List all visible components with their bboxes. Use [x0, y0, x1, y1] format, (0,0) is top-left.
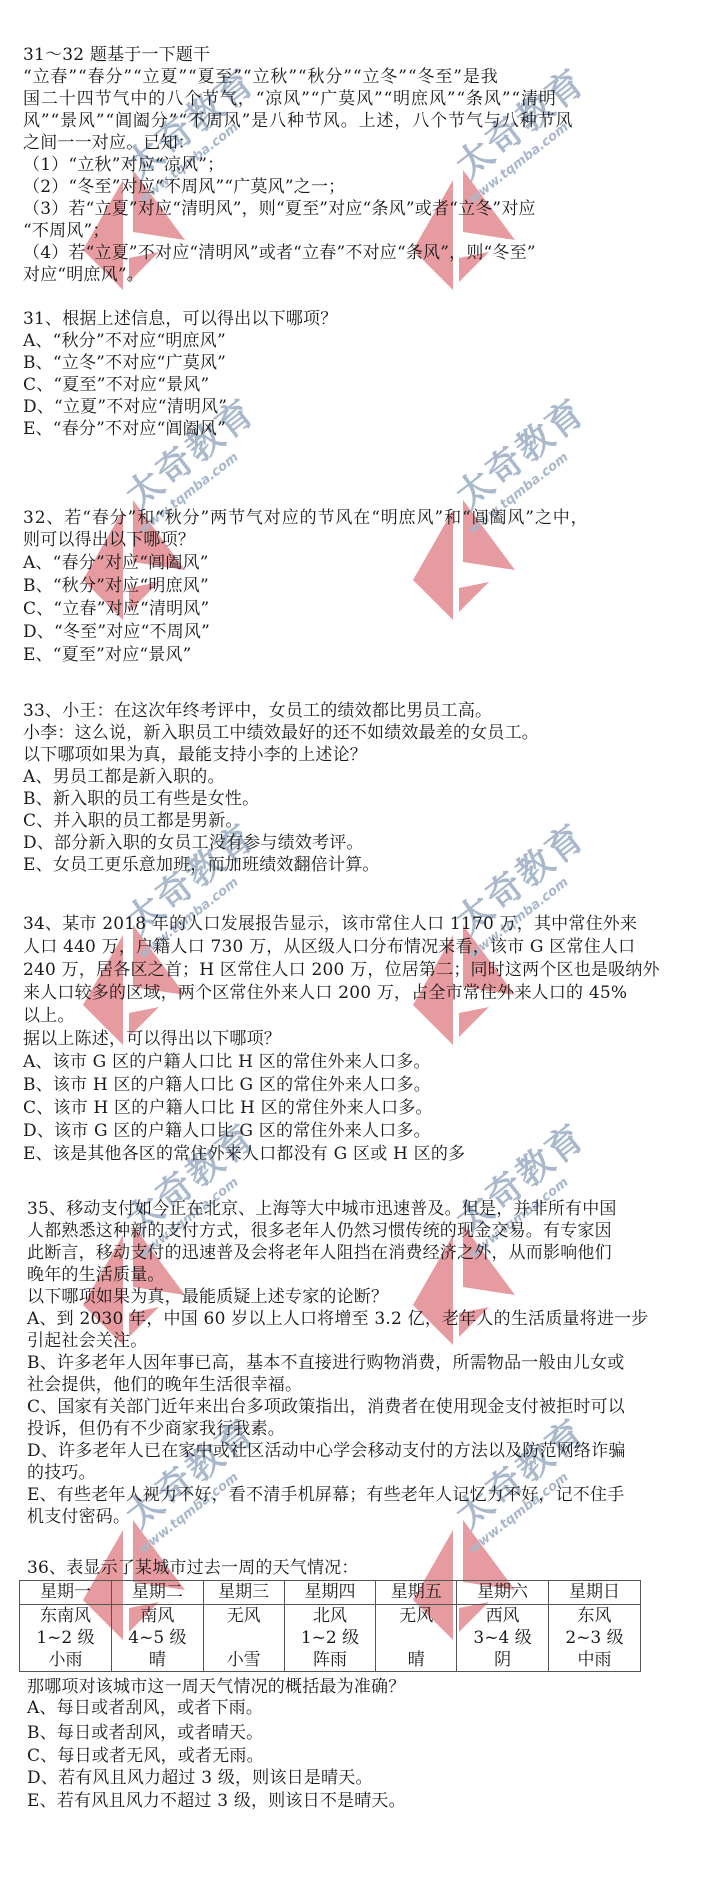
question-32-option-e: E、“夏至”对应“景风”	[23, 644, 192, 666]
question-34-option-c: C、该市 H 区的户籍人口比 H 区的常住外来人口多。	[23, 1097, 433, 1119]
question-36-option-d: D、若有风且风力超过 3 级，则该日是晴天。	[27, 1767, 373, 1789]
watermark-url: www.tqmba.com	[466, 1470, 572, 1557]
question-34-prompt: 据以上陈述，可以得出以下哪项？	[23, 1028, 281, 1050]
weather-cell: 东风2~3 级中雨	[549, 1605, 641, 1672]
question-32-stem: 32、若“春分”和“秋分”两节气对应的节风在“明庶风”和“阊阖风”之中，	[23, 507, 589, 529]
condition-3: （3）若“立夏”对应“清明风”，则“夏至”对应“条风”或者“立冬”对应	[23, 198, 536, 220]
condition-3-cont: “不周风”；	[23, 220, 110, 242]
intro-line: 之间一一对应。已知：	[23, 132, 195, 154]
question-33-option-b: B、新入职的员工有些是女性。	[23, 788, 259, 810]
question-36-option-a: A、每日或者刮风，或者下雨。	[27, 1697, 263, 1719]
weather-cell: 南风4~5 级晴	[111, 1605, 203, 1672]
question-34-stem-cont: 来人口较多的区域，两个区常住外来人口 200 万，占全市常住外来人口的 45%	[23, 982, 627, 1004]
question-33-option-d: D、部分新入职的女员工没有参与绩效考评。	[23, 832, 364, 854]
question-34-option-b: B、该市 H 区的户籍人口比 G 区的常住外来人口多。	[23, 1074, 431, 1096]
weather-table-row: 东南风1~2 级小雨 南风4~5 级晴 无风小雪 北风1~2 级阵雨 无风晴 西…	[20, 1605, 641, 1672]
weather-cell: 无风小雪	[203, 1605, 284, 1672]
wind-level	[204, 1627, 284, 1649]
question-35-option-e-cont: 机支付密码。	[27, 1506, 130, 1528]
logo-triangles-icon	[405, 470, 605, 630]
question-35-stem-cont: 人都熟悉这种新的支付方式，很多老年人仍然习惯传统的现金交易。有专家因	[27, 1220, 612, 1242]
wind-direction: 东风	[549, 1605, 640, 1627]
condition-4: （4）若“立夏”不对应“清明风”或者“立春”不对应“条风”，则“冬至”	[23, 242, 536, 264]
question-34-option-a: A、该市 G 区的户籍人口比 H 区的常住外来人口多。	[23, 1051, 431, 1073]
weekday-header: 星期六	[457, 1581, 549, 1605]
weekday-header: 星期四	[284, 1581, 376, 1605]
question-32-option-a: A、“春分”对应“阊阖风”	[23, 552, 209, 574]
question-35-option-b: B、许多老年人因年事已高，基本不直接进行购物消费，所需物品一般由儿女或	[27, 1352, 625, 1374]
question-33-option-c: C、并入职的员工都是男新。	[23, 810, 243, 832]
condition-1: （1）“立秋”对应“凉风”；	[23, 154, 224, 176]
weather-condition: 晴	[376, 1649, 456, 1671]
weekday-header: 星期三	[203, 1581, 284, 1605]
intro-line: “立春”“春分”“立夏”“夏至”“立秋”“秋分”“立冬”“冬至”是我	[23, 66, 499, 88]
weather-condition: 小雪	[204, 1649, 284, 1671]
question-31-option-c: C、“夏至”不对应“景风”	[23, 374, 209, 396]
question-35-option-e: E、有些老年人视力不好，看不清手机屏幕；有些老年人记忆力不好，记不住手	[27, 1484, 624, 1506]
intro-line: 风”“景风”“阊阖分”“不周风”是八种节风。上述，八个节气与八种节风	[23, 110, 573, 132]
exam-page: 太奇教育www.tqmba.com太奇教育www.tqmba.com太奇教育ww…	[0, 0, 701, 1877]
weather-condition: 中雨	[549, 1649, 640, 1671]
weather-condition: 阴	[457, 1649, 548, 1671]
condition-2: （2）“冬至”对应“不周风”“广莫风”之一；	[23, 176, 345, 198]
watermark-logo-icon: 太奇教育www.tqmba.com	[405, 470, 605, 630]
question-36-stem: 36、表显示了某城市过去一周的天气情况：	[27, 1557, 359, 1579]
question-35-option-a: A、到 2030 年，中国 60 岁以上人口将增至 3.2 亿，老年人的生活质量…	[27, 1308, 648, 1330]
question-34-stem-cont: 240 万，居各区之首；H 区常住人口 200 万，位居第二；同时这两个区也是吸…	[23, 959, 660, 981]
question-35-option-c: C、国家有关部门近年来出台多项政策指出，消费者在使用现金支付被拒时可以	[27, 1396, 625, 1418]
question-35-prompt: 以下哪项如果为真，最能质疑上述专家的论断？	[27, 1286, 388, 1308]
question-36-option-c: C、每日或者无风，或者无雨。	[27, 1745, 264, 1767]
question-31-option-b: B、“立冬”不对应“广莫风”	[23, 352, 226, 374]
weather-condition: 阵雨	[285, 1649, 376, 1671]
wind-direction: 西风	[457, 1605, 548, 1627]
wind-direction: 无风	[204, 1605, 284, 1627]
question-32-option-c: C、“立春”对应“清明风”	[23, 598, 209, 620]
watermark-brand: 太奇教育	[444, 1405, 595, 1539]
weather-cell: 西风3~4 级阴	[457, 1605, 549, 1672]
question-33-option-a: A、男员工都是新入职的。	[23, 766, 225, 788]
question-36-option-e: E、若有风且风力不超过 3 级，则该日不是晴天。	[27, 1790, 406, 1812]
question-34-stem: 34、某市 2018 年的人口发展报告显示，该市常住人口 1170 万，其中常住…	[23, 913, 637, 935]
question-34-option-d: D、该市 G 区的户籍人口比 G 区的常住外来人口多。	[23, 1120, 431, 1142]
wind-level: 1~2 级	[20, 1627, 111, 1649]
question-35-stem-cont: 此断言，移动支付的迅速普及会将老年人阻挡在消费经济之外，从而影响他们	[27, 1242, 612, 1264]
weather-cell: 北风1~2 级阵雨	[284, 1605, 376, 1672]
wind-direction: 东南风	[20, 1605, 111, 1627]
question-32-stem-cont: 则可以得出以下哪项？	[23, 529, 195, 551]
weekday-header: 星期日	[549, 1581, 641, 1605]
question-35-option-d: D、许多老年人已在家中或社区活动中心学会移动支付的方法以及防范网络诈骗	[27, 1440, 626, 1462]
question-35-stem: 35、移动支付如今正在北京、上海等大中城市迅速普及。但是，并非所有中国	[27, 1198, 617, 1220]
question-35-option-d-cont: 的技巧。	[27, 1462, 96, 1484]
wind-level: 1~2 级	[285, 1627, 376, 1649]
wind-level: 3~4 级	[457, 1627, 548, 1649]
weekday-header: 星期五	[376, 1581, 457, 1605]
wind-direction: 无风	[376, 1605, 456, 1627]
question-36-option-b: B、每日或者刮风，或者晴天。	[27, 1722, 263, 1744]
question-33-stem: 33、小王：在这次年终考评中，女员工的绩效都比男员工高。	[23, 700, 492, 722]
watermark-logo-icon: 太奇教育www.tqmba.com	[405, 140, 605, 300]
question-33-prompt: 以下哪项如果为真，最能支持小李的上述论？	[23, 744, 367, 766]
question-32-option-d: D、“冬至”对应“不周风”	[23, 621, 210, 643]
weather-table-header-row: 星期一 星期二 星期三 星期四 星期五 星期六 星期日	[20, 1581, 641, 1605]
intro-line: 国二十四节气中的八个节气，“凉风”“广莫风”“明庶风”“条风”“清明	[23, 88, 557, 110]
wind-level: 2~3 级	[549, 1627, 640, 1649]
question-33-stem-cont: 小李：这么说，新入职员工中绩效最好的还不如绩效最差的女员工。	[23, 722, 539, 744]
weekday-header: 星期二	[111, 1581, 203, 1605]
condition-4-cont: 对应“明庶风”。	[23, 264, 144, 286]
question-31-option-d: D、“立夏”不对应“清明风”	[23, 396, 227, 418]
question-35-option-c-cont: 投诉，但仍有不少商家我行我素。	[27, 1418, 285, 1440]
question-32-option-b: B、“秋分”对应“明庶风”	[23, 575, 209, 597]
intro-header: 31～32 题基于一下题干	[23, 44, 210, 66]
question-34-stem-cont: 以上。	[23, 1005, 75, 1027]
question-31-option-a: A、“秋分”不对应“明庶风”	[23, 330, 226, 352]
question-36-prompt: 那哪项对该城市这一周天气情况的概括最为准确？	[27, 1676, 405, 1698]
weekday-header: 星期一	[20, 1581, 112, 1605]
watermark-brand: 太奇教育	[444, 385, 595, 519]
weather-table: 星期一 星期二 星期三 星期四 星期五 星期六 星期日 东南风1~2 级小雨 南…	[19, 1580, 641, 1672]
question-34-stem-cont: 人口 440 万，户籍人口 730 万，从区级人口分布情况来看，该市 G 区常住…	[23, 936, 635, 958]
weather-condition: 小雨	[20, 1649, 111, 1671]
wind-level	[376, 1627, 456, 1649]
weather-condition: 晴	[112, 1649, 203, 1671]
wind-direction: 南风	[112, 1605, 203, 1627]
question-35-stem-cont: 晚年的生活质量。	[27, 1264, 165, 1286]
weather-cell: 东南风1~2 级小雨	[20, 1605, 112, 1672]
logo-triangles-icon	[405, 140, 605, 300]
wind-level: 4~5 级	[112, 1627, 203, 1649]
question-31-stem: 31、根据上述信息，可以得出以下哪项？	[23, 308, 337, 330]
watermark-url: www.tqmba.com	[466, 120, 572, 207]
weather-cell: 无风晴	[376, 1605, 457, 1672]
question-34-option-e: E、该是其他各区的常住外来人口都没有 G 区或 H 区的多	[23, 1143, 465, 1165]
question-33-option-e: E、女员工更乐意加班，而加班绩效翻倍计算。	[23, 854, 380, 876]
question-31-option-e: E、“春分”不对应“阊阖风”	[23, 418, 226, 440]
wind-direction: 北风	[285, 1605, 376, 1627]
question-35-option-b-cont: 社会提供，他们的晚年生活很幸福。	[27, 1374, 302, 1396]
watermark-url: www.tqmba.com	[136, 1470, 242, 1557]
question-35-option-a-cont: 引起社会关注。	[27, 1330, 147, 1352]
